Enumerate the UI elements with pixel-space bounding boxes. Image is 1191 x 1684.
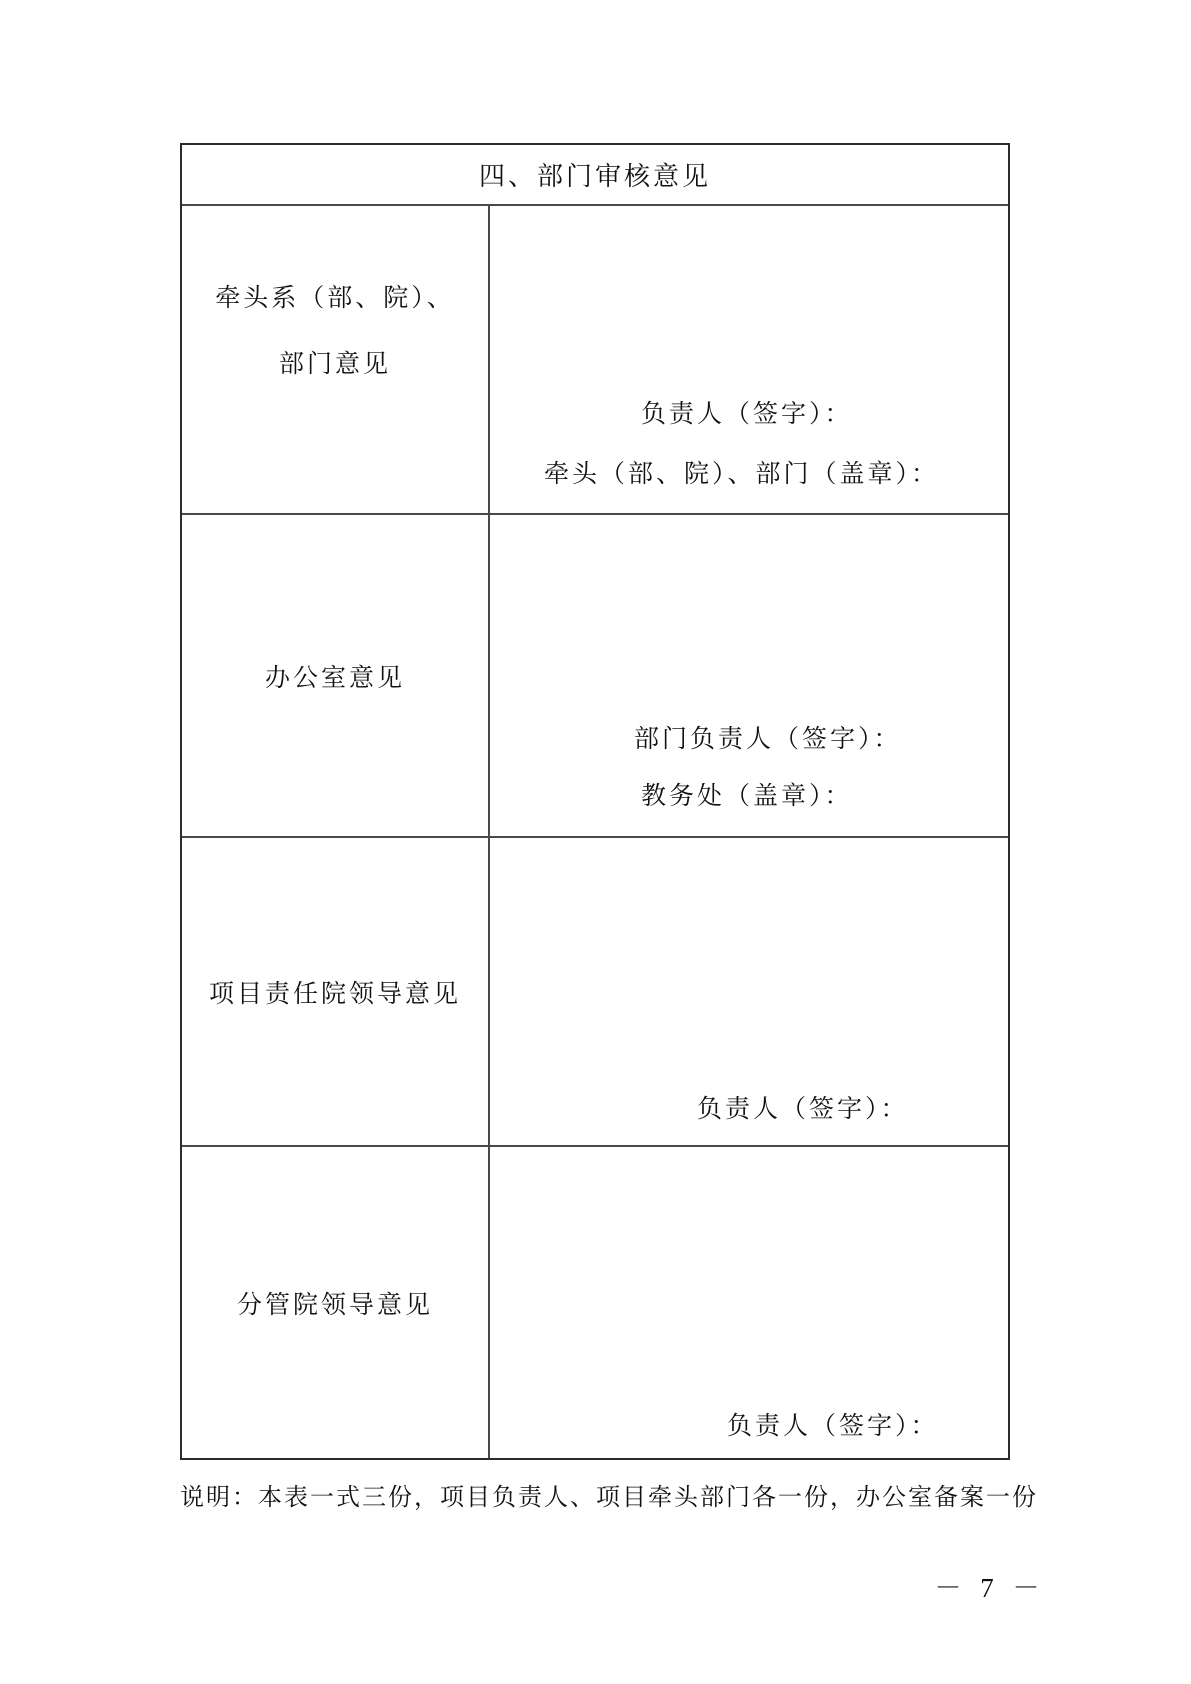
signature-label-department-head: 部门负责人（签字）： [634, 727, 902, 753]
row-label-line: 牵头系（部、院）、 [215, 278, 455, 314]
row-label-line: 办公室意见 [265, 658, 405, 694]
row-label-lead-department-opinion: 牵头系（部、院）、 部门意见 [182, 206, 488, 515]
table-header-section-title: 四、部门审核意见 [182, 145, 1008, 206]
form-instructions-note: 说明：本表一式三份，项目负责人、项目牵头部门各一份，办公室备案一份 [180, 1477, 1038, 1512]
signature-label-department-seal: 牵头（部、院）、部门（盖章）： [544, 462, 939, 488]
row-label-line: 分管院领导意见 [237, 1285, 433, 1321]
signature-area-lead-department: 负责人（签字）： 牵头（部、院）、部门（盖章）： [488, 206, 1008, 515]
signature-label-academic-affairs-seal: 教务处（盖章）： [641, 784, 853, 810]
page-number: － 7 － [930, 1566, 1050, 1605]
row-label-office-opinion: 办公室意见 [182, 515, 488, 838]
signature-label-responsible-person: 负责人（签字）： [727, 1414, 939, 1440]
signature-area-office: 部门负责人（签字）： 教务处（盖章）： [488, 515, 1008, 838]
signature-label-responsible-person: 负责人（签字）： [697, 1097, 909, 1123]
department-review-table: 四、部门审核意见 牵头系（部、院）、 部门意见 负责人（签字）： 牵头（部、院）… [180, 143, 1010, 1460]
row-label-line: 项目责任院领导意见 [209, 974, 461, 1010]
row-label-supervising-leader-opinion: 分管院领导意见 [182, 1147, 488, 1458]
signature-label-responsible-person: 负责人（签字）： [641, 402, 853, 428]
document-page: 四、部门审核意见 牵头系（部、院）、 部门意见 负责人（签字）： 牵头（部、院）… [0, 0, 1191, 1684]
row-label-line: 部门意见 [279, 344, 391, 380]
signature-area-project-responsible-leader: 负责人（签字）： [488, 838, 1008, 1147]
signature-area-supervising-leader: 负责人（签字）： [488, 1147, 1008, 1458]
row-label-project-responsible-leader-opinion: 项目责任院领导意见 [182, 838, 488, 1147]
